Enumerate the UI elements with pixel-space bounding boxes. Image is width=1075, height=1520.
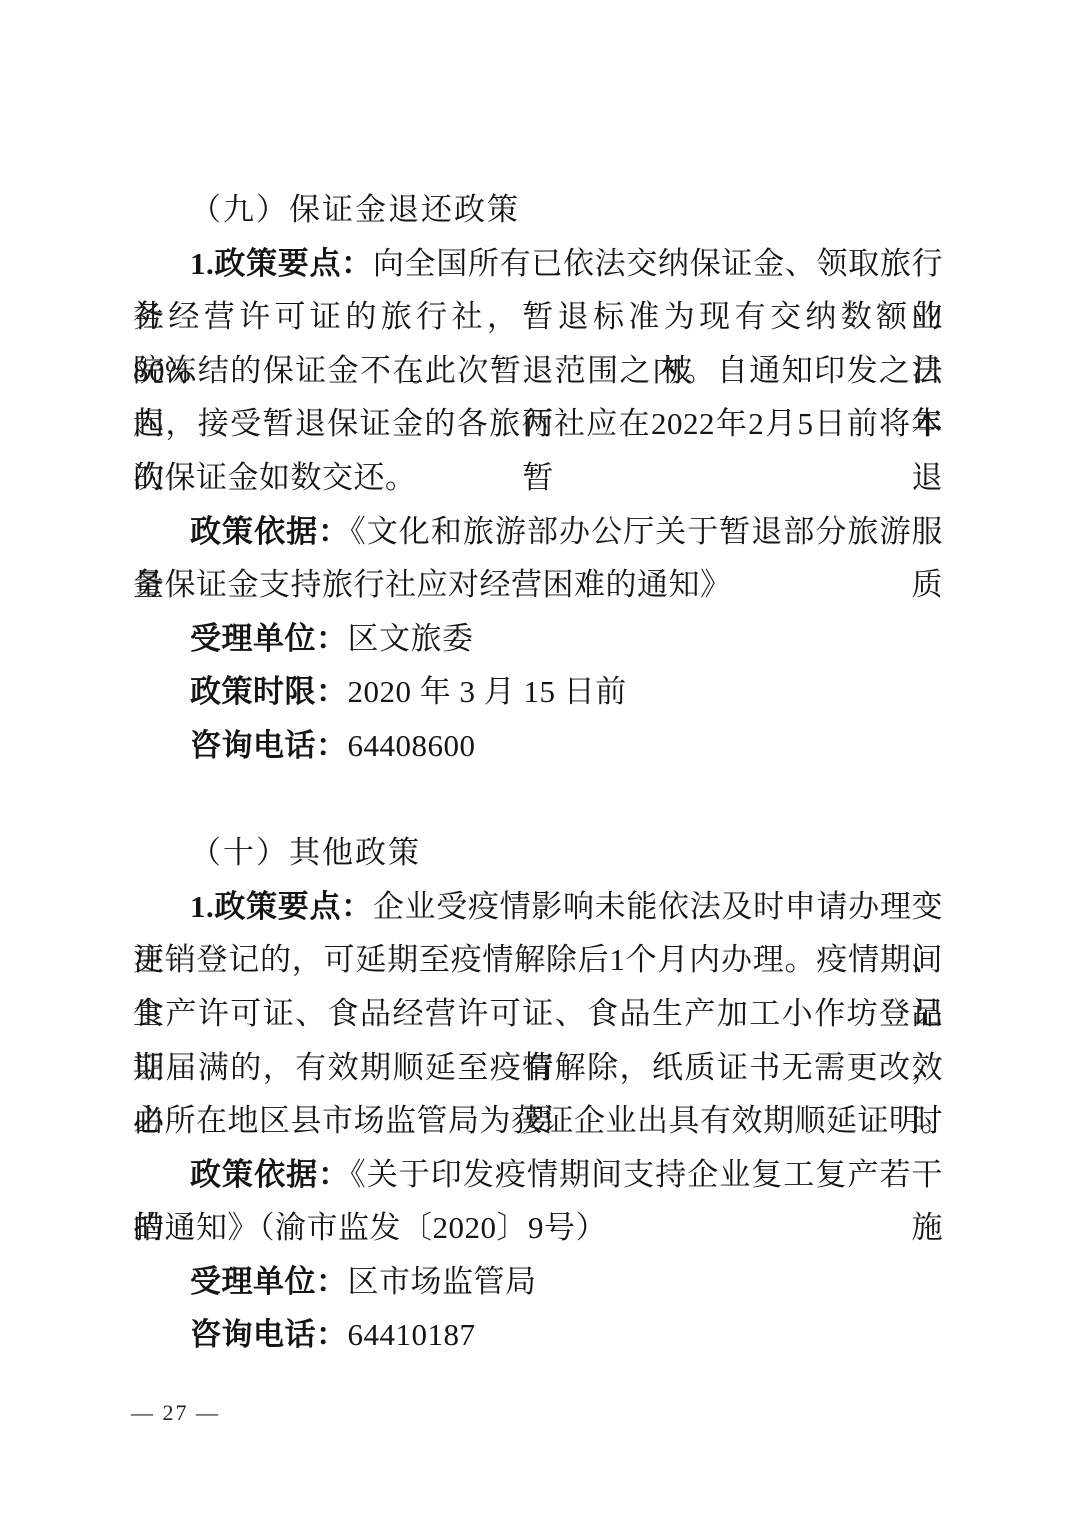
document-content: （九）保证金退还政策 1.政策要点：向全国所有已依法交纳保证金、领取旅行社业 务… — [133, 183, 943, 1362]
section-9-policy-line-4: 内，接受暂退保证金的各旅行社应在2022年2月5日前将本次暂退 — [133, 397, 943, 451]
inquiry-phone-value: 64410187 — [348, 1317, 476, 1352]
section-9-policy-line-2: 务经营许可证的旅行社，暂退标准为现有交纳数额的80%。被法 — [133, 290, 943, 344]
section-10-policy-line-1: 1.政策要点：企业受疫情影响未能依法及时申请办理变更、 — [133, 880, 943, 934]
policy-deadline-value: 2020 年 3 月 15 日前 — [348, 674, 627, 709]
section-9-policy-line-1: 1.政策要点：向全国所有已依法交纳保证金、领取旅行社业 — [133, 237, 943, 291]
section-9-inquiry-phone: 咨询电话：64408600 — [133, 719, 943, 773]
policy-basis-label: 政策依据： — [190, 1157, 350, 1192]
section-9-accepting-unit: 受理单位：区文旅委 — [133, 612, 943, 666]
section-10-policy-line-3: 生产许可证、食品经营许可证、食品生产加工小作坊登记证有效 — [133, 987, 943, 1041]
section-spacer — [133, 773, 943, 827]
accepting-unit-label: 受理单位： — [190, 621, 348, 656]
inquiry-phone-value: 64408600 — [348, 728, 476, 763]
section-9-policy-deadline: 政策时限：2020 年 3 月 15 日前 — [133, 665, 943, 719]
section-10-policy-line-5: 由所在地区县市场监管局为获证企业出具有效期顺延证明。 — [133, 1094, 943, 1148]
section-10-inquiry-phone: 咨询电话：64410187 — [133, 1308, 943, 1362]
section-10-heading: （十）其他政策 — [133, 826, 943, 880]
inquiry-phone-label: 咨询电话： — [190, 728, 348, 763]
policy-basis-label: 政策依据： — [190, 514, 350, 549]
policy-points-label: 1.政策要点： — [190, 889, 373, 924]
section-10-policy-line-4: 期届满的，有效期顺延至疫情解除，纸质证书无需更改，必要时 — [133, 1041, 943, 1095]
document-page: （九）保证金退还政策 1.政策要点：向全国所有已依法交纳保证金、领取旅行社业 务… — [0, 0, 1075, 1520]
section-9-policy-line-3: 院冻结的保证金不在此次暂退范围之内。自通知印发之日起两年 — [133, 344, 943, 398]
policy-deadline-label: 政策时限： — [190, 674, 348, 709]
section-9-heading: （九）保证金退还政策 — [133, 183, 943, 237]
section-10-policy-line-2: 注销登记的，可延期至疫情解除后1个月内办理。疫情期间食品 — [133, 933, 943, 987]
policy-points-label: 1.政策要点： — [190, 246, 373, 281]
accepting-unit-value: 区文旅委 — [348, 621, 474, 656]
inquiry-phone-label: 咨询电话： — [190, 1317, 348, 1352]
section-10-accepting-unit: 受理单位：区市场监管局 — [133, 1255, 943, 1309]
section-9-basis-line-1: 政策依据：《文化和旅游部办公厅关于暂退部分旅游服务质 — [133, 505, 943, 559]
accepting-unit-value: 区市场监管局 — [348, 1264, 537, 1299]
page-number: — 27 — — [131, 1400, 220, 1426]
accepting-unit-label: 受理单位： — [190, 1264, 348, 1299]
section-10-basis-line-1: 政策依据：《关于印发疫情期间支持企业复工复产若干措施 — [133, 1148, 943, 1202]
